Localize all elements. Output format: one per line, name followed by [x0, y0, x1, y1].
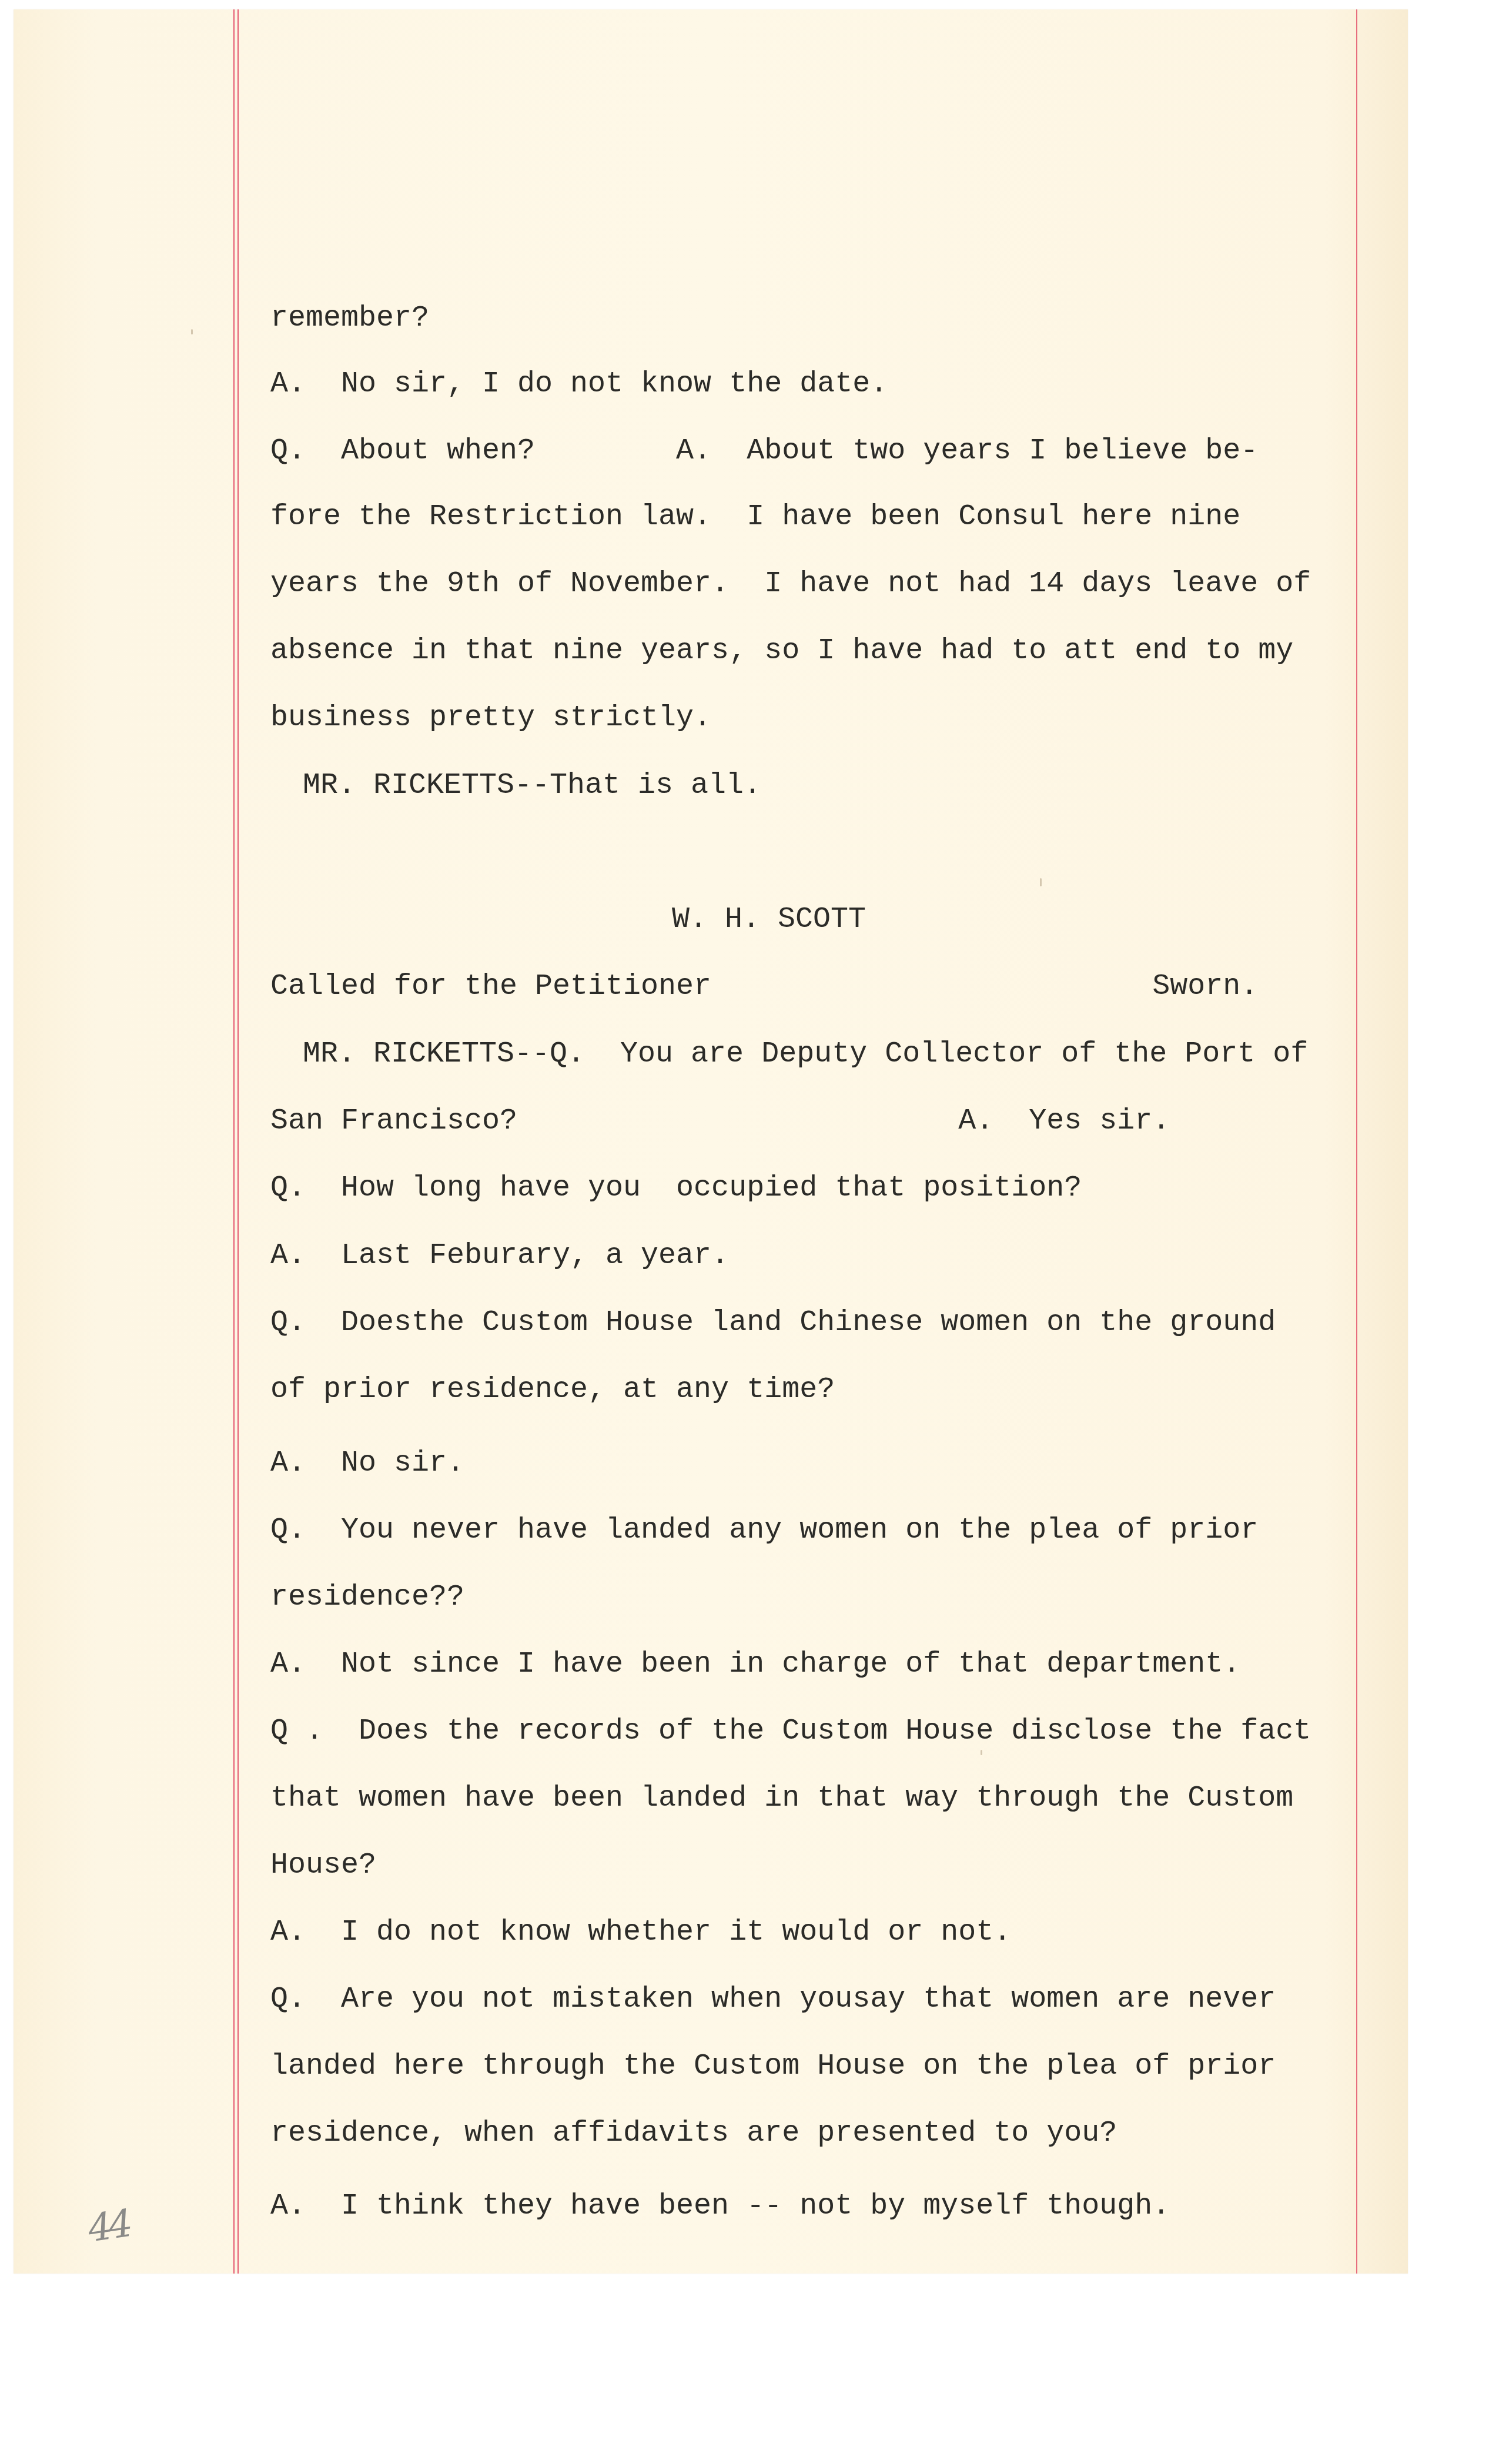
transcript-line: residence, when affidavits are presented…	[270, 2116, 1117, 2151]
transcript-line: that women have been landed in that way …	[270, 1781, 1293, 1816]
transcript-line: House?	[270, 1848, 376, 1883]
paper-speck	[1040, 878, 1042, 886]
transcript-line: A. I do not know whether it would or not…	[270, 1915, 1011, 1950]
paper-speck	[981, 1750, 982, 1755]
handwritten-page-number: 44	[85, 2202, 132, 2251]
transcript-line: A. No sir.	[270, 1446, 464, 1481]
transcript-line: residence??	[270, 1580, 464, 1615]
left-margin-rule	[233, 9, 235, 2274]
transcript-line: absence in that nine years, so I have ha…	[270, 634, 1293, 669]
transcript-line: landed here through the Custom House on …	[270, 2049, 1276, 2084]
transcript-line: remember?	[270, 301, 429, 336]
witness-heading: W. H. SCOTT	[672, 902, 866, 938]
paper-speck	[191, 329, 193, 334]
speaker-line: MR. RICKETTS--That is all.	[303, 768, 761, 804]
transcript-line: A. Last Feburary, a year.	[270, 1238, 729, 1274]
transcript-line: Q. Doesthe Custom House land Chinese wom…	[270, 1305, 1276, 1341]
speaker-line: MR. RICKETTS--Q. You are Deputy Collecto…	[303, 1037, 1308, 1072]
left-margin-rule-inner	[237, 9, 239, 2274]
document-page: remember? A. No sir, I do not know the d…	[14, 9, 1408, 2274]
right-margin-rule	[1356, 9, 1357, 2274]
transcript-line: San Francisco? A. Yes sir.	[270, 1104, 1170, 1139]
transcript-line: Q. How long have you occupied that posit…	[270, 1171, 1082, 1206]
transcript-line: A. I think they have been -- not by myse…	[270, 2189, 1170, 2224]
transcript-line: years the 9th of November. I have not ha…	[270, 567, 1311, 602]
transcript-line: Q . Does the records of the Custom House…	[270, 1714, 1311, 1749]
transcript-line: Q. You never have landed any women on th…	[270, 1513, 1258, 1548]
transcript-line: business pretty strictly.	[270, 701, 711, 736]
transcript-line: Q. Are you not mistaken when yousay that…	[270, 1982, 1276, 2017]
transcript-line: Q. About when? A. About two years I beli…	[270, 434, 1258, 469]
transcript-line: of prior residence, at any time?	[270, 1372, 835, 1408]
transcript-line: fore the Restriction law. I have been Co…	[270, 500, 1240, 535]
transcript-line: A. Not since I have been in charge of th…	[270, 1647, 1240, 1682]
witness-called-line: Called for the Petitioner Sworn.	[270, 969, 1258, 1005]
transcript-line: A. No sir, I do not know the date.	[270, 367, 888, 402]
